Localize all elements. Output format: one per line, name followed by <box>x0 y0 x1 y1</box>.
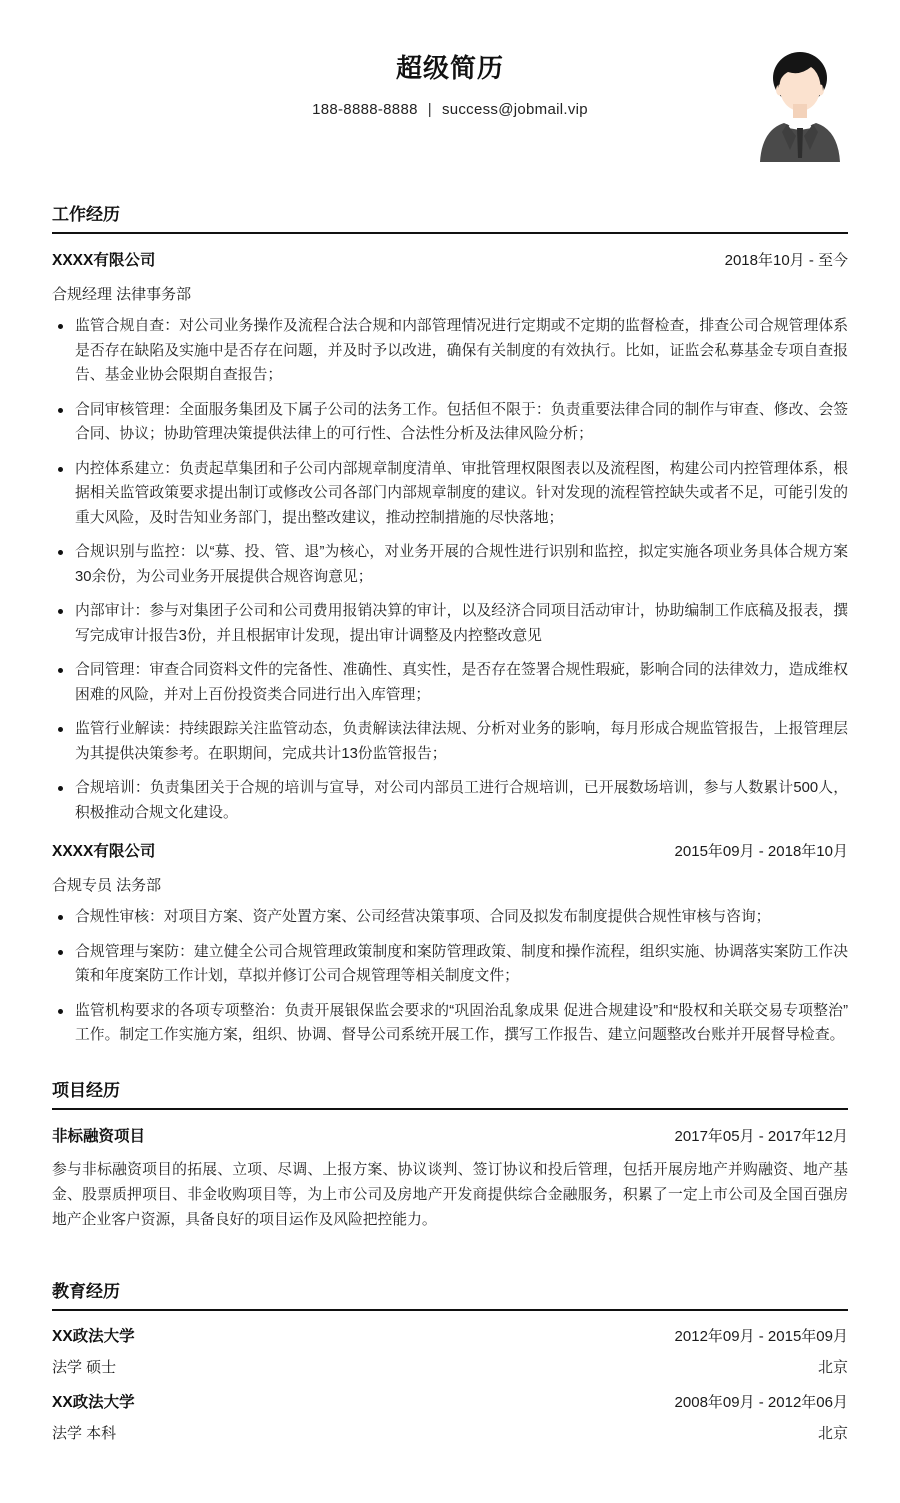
location: 北京 <box>818 1422 848 1443</box>
job-bullet: 监管机构要求的各项专项整治：负责开展银保监会要求的“巩固治乱象成果 促进合规建设… <box>52 999 848 1048</box>
job-bullet: 合规管理与案防：建立健全公司合规管理政策制度和案防管理政策、制度和操作流程，组织… <box>52 940 848 989</box>
header-center: 超级简历 188-8888-8888|success@jobmail.vip <box>52 48 848 118</box>
work-section-title: 工作经历 <box>52 200 848 234</box>
page-title: 超级简历 <box>52 48 848 85</box>
education-entry-header: XX政法大学 2008年09月 - 2012年06月 <box>52 1390 848 1412</box>
avatar-illustration <box>754 46 846 162</box>
job-bullet: 内控体系建立：负责起草集团和子公司内部规章制度清单、审批管理权限图表以及流程图，… <box>52 457 848 531</box>
job-entry-header: XXXX有限公司 2018年10月 - 至今 <box>52 248 848 270</box>
degree: 法学 硕士 <box>52 1356 116 1377</box>
job-role: 合规专员 法务部 <box>52 874 848 895</box>
avatar <box>754 46 846 162</box>
job-bullet: 监管行业解读：持续跟踪关注监管动态，负责解读法律法规、分析对业务的影响，每月形成… <box>52 717 848 766</box>
job-bullet: 合同管理：审查合同资料文件的完备性、准确性、真实性，是否存在签署合规性瑕疵，影响… <box>52 658 848 707</box>
education-degree-row: 法学 本科 北京 <box>52 1422 848 1443</box>
job-bullet-list: 监管合规自查：对公司业务操作及流程合法合规和内部管理情况进行定期或不定期的监督检… <box>52 314 848 825</box>
project-entry-header: 非标融资项目 2017年05月 - 2017年12月 <box>52 1124 848 1146</box>
contact-separator: | <box>428 101 432 118</box>
job-bullet: 监管合规自查：对公司业务操作及流程合法合规和内部管理情况进行定期或不定期的监督检… <box>52 314 848 388</box>
section-project-experience: 项目经历 非标融资项目 2017年05月 - 2017年12月 参与非标融资项目… <box>52 1076 848 1233</box>
education-degree-row: 法学 硕士 北京 <box>52 1356 848 1377</box>
project-date-range: 2017年05月 - 2017年12月 <box>675 1125 848 1146</box>
education-section-title: 教育经历 <box>52 1277 848 1311</box>
job-date-range: 2015年09月 - 2018年10月 <box>675 840 848 861</box>
resume-header: 超级简历 188-8888-8888|success@jobmail.vip <box>52 40 848 172</box>
contact-line: 188-8888-8888|success@jobmail.vip <box>52 101 848 118</box>
project-name: 非标融资项目 <box>52 1124 145 1146</box>
job-bullet: 合规培训：负责集团关于合规的培训与宣导，对公司内部员工进行合规培训，已开展数场培… <box>52 776 848 825</box>
project-description: 参与非标融资项目的拓展、立项、尽调、上报方案、协议谈判、签订协议和投后管理，包括… <box>52 1158 848 1233</box>
school-name: XX政法大学 <box>52 1390 135 1412</box>
job-bullet: 合规识别与监控：以“募、投、管、退”为核心，对业务开展的合规性进行识别和监控，拟… <box>52 540 848 589</box>
project-section-title: 项目经历 <box>52 1076 848 1110</box>
section-education: 教育经历 XX政法大学 2012年09月 - 2015年09月 法学 硕士 北京… <box>52 1277 848 1443</box>
education-date-range: 2012年09月 - 2015年09月 <box>675 1325 848 1346</box>
job-bullet: 合同审核管理：全面服务集团及下属子公司的法务工作。包括但不限于：负责重要法律合同… <box>52 398 848 447</box>
company-name: XXXX有限公司 <box>52 248 155 270</box>
job-bullet: 内部审计：参与对集团子公司和公司费用报销决算的审计，以及经济合同项目活动审计，协… <box>52 599 848 648</box>
company-name: XXXX有限公司 <box>52 839 155 861</box>
resume-page: 超级简历 188-8888-8888|success@jobmail.vip <box>0 0 900 1503</box>
school-name: XX政法大学 <box>52 1324 135 1346</box>
email-address: success@jobmail.vip <box>442 101 588 118</box>
location: 北京 <box>818 1356 848 1377</box>
degree: 法学 本科 <box>52 1422 116 1443</box>
phone-number: 188-8888-8888 <box>312 101 418 118</box>
education-date-range: 2008年09月 - 2012年06月 <box>675 1391 848 1412</box>
job-role: 合规经理 法律事务部 <box>52 283 848 304</box>
education-entry-header: XX政法大学 2012年09月 - 2015年09月 <box>52 1324 848 1346</box>
section-work-experience: 工作经历 XXXX有限公司 2018年10月 - 至今 合规经理 法律事务部 监… <box>52 200 848 1048</box>
job-entry-header: XXXX有限公司 2015年09月 - 2018年10月 <box>52 839 848 861</box>
job-bullet: 合规性审核：对项目方案、资产处置方案、公司经营决策事项、合同及拟发布制度提供合规… <box>52 905 848 930</box>
job-bullet-list: 合规性审核：对项目方案、资产处置方案、公司经营决策事项、合同及拟发布制度提供合规… <box>52 905 848 1048</box>
job-date-range: 2018年10月 - 至今 <box>725 249 848 270</box>
